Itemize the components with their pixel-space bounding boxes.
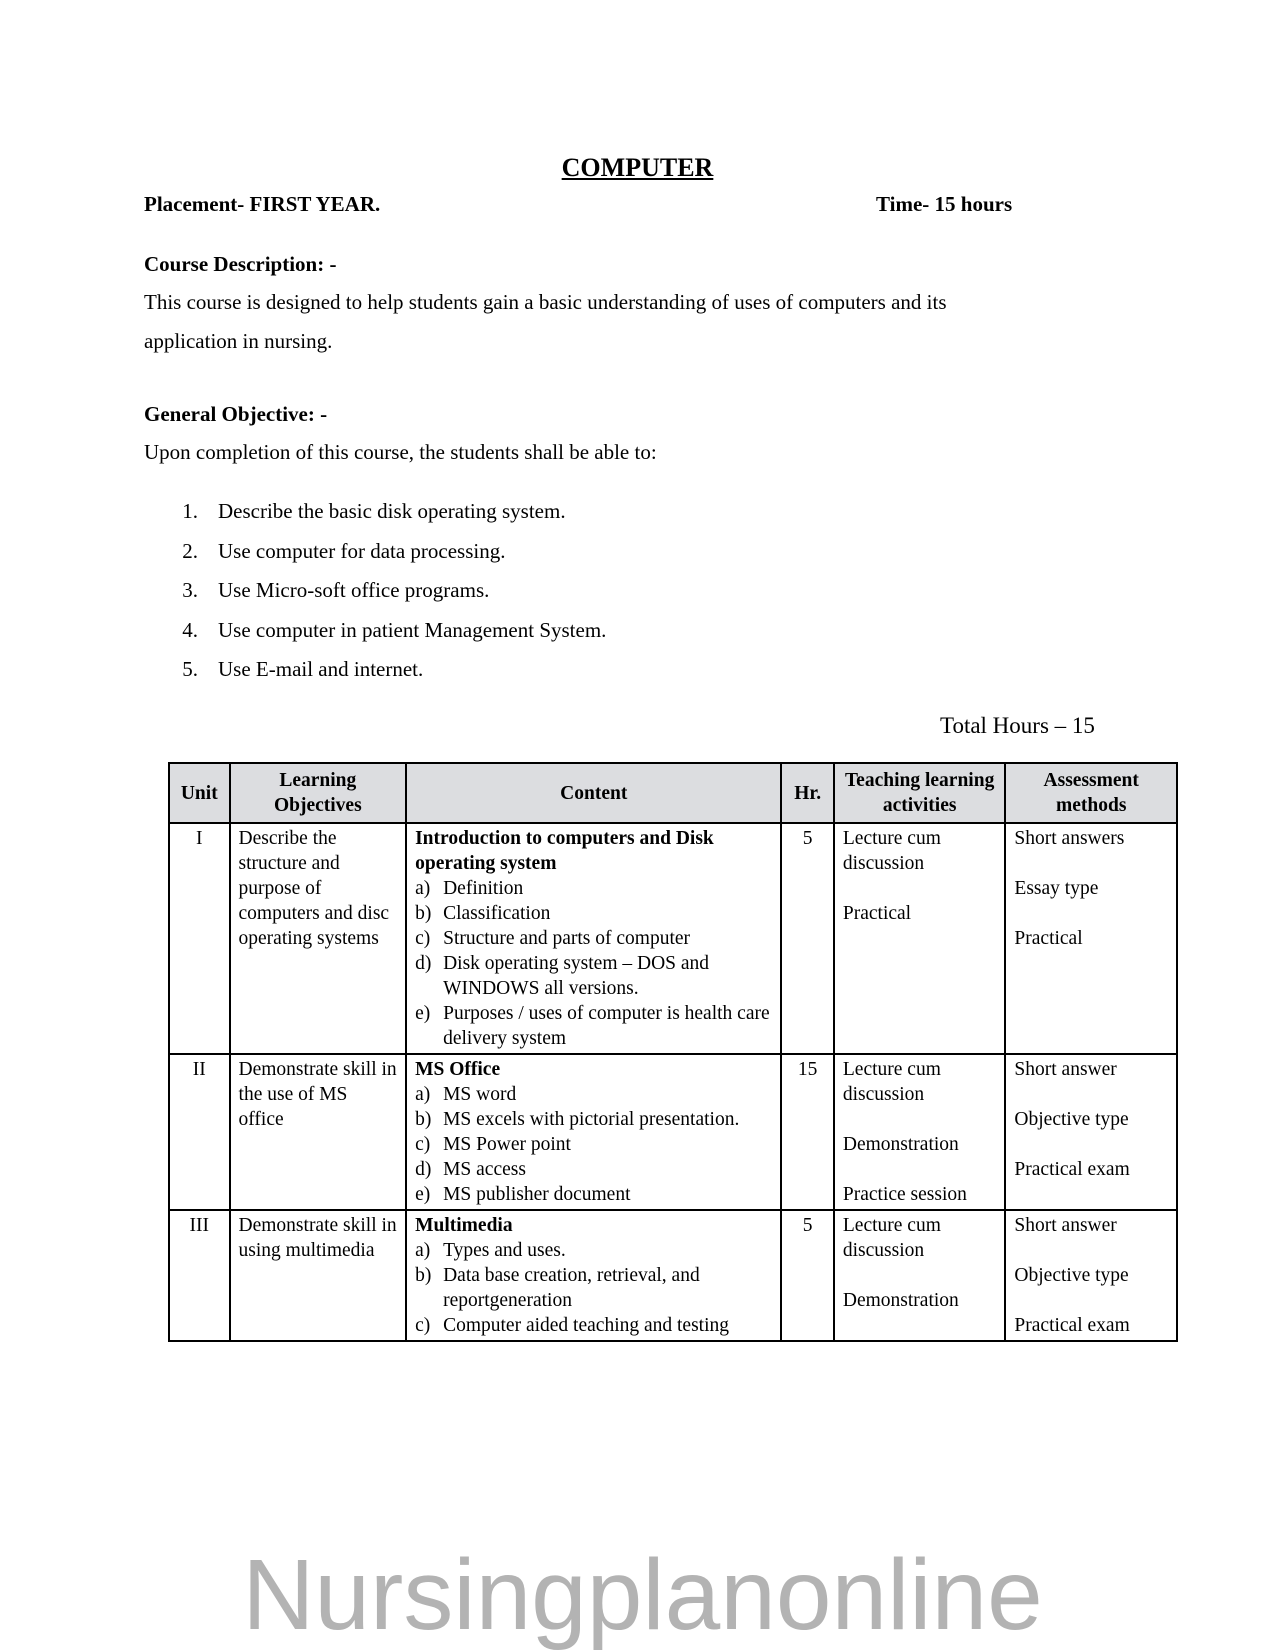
content-title: MS Office — [415, 1057, 772, 1082]
content-item: b)Data base creation, retrieval, and rep… — [415, 1263, 772, 1313]
content-item-label: a) — [415, 1238, 443, 1263]
content-item: b)Classification — [415, 901, 772, 926]
activity: Lecture cum discussion — [843, 1213, 997, 1263]
content-item-label: c) — [415, 1313, 443, 1338]
content-item-label: b) — [415, 1107, 443, 1132]
content-item: a)Types and uses. — [415, 1238, 772, 1263]
course-description-heading: Course Description: - — [144, 252, 336, 277]
cell-activities: Lecture cum discussionDemonstration — [834, 1210, 1006, 1341]
activity: Practice session — [843, 1182, 997, 1207]
activity: Lecture cum discussion — [843, 826, 997, 876]
cell-unit: III — [169, 1210, 230, 1341]
content-item-text: Classification — [443, 901, 550, 926]
course-description-text: This course is designed to help students… — [144, 283, 1024, 361]
cell-assessment: Short answersEssay typePractical — [1005, 823, 1177, 1054]
objective-number: 1. — [144, 499, 218, 539]
content-item-text: Data base creation, retrieval, and repor… — [443, 1263, 772, 1313]
table-header-row: Unit Learning Objectives Content Hr. Tea… — [169, 763, 1177, 823]
cell-objectives: Demonstrate skill in the use of MS offic… — [230, 1054, 407, 1210]
content-item: e)Purposes / uses of computer is health … — [415, 1001, 772, 1051]
content-item: c)MS Power point — [415, 1132, 772, 1157]
objective-text: Describe the basic disk operating system… — [218, 499, 566, 539]
content-title: Introduction to computers and Disk opera… — [415, 826, 772, 876]
cell-objectives: Describe the structure and purpose of co… — [230, 823, 407, 1054]
content-item-label: c) — [415, 926, 443, 951]
content-item-text: MS publisher document — [443, 1182, 630, 1207]
assessment-method: Short answer — [1014, 1213, 1168, 1238]
content-item-label: d) — [415, 951, 443, 1001]
objective-list: 1.Describe the basic disk operating syst… — [144, 499, 606, 697]
objective-number: 4. — [144, 618, 218, 658]
cell-hours: 15 — [781, 1054, 833, 1210]
cell-content: Multimediaa)Types and uses.b)Data base c… — [406, 1210, 781, 1341]
content-item-text: Computer aided teaching and testing — [443, 1313, 729, 1338]
content-title: Multimedia — [415, 1213, 772, 1238]
assessment-method: Objective type — [1014, 1263, 1168, 1288]
cell-activities: Lecture cum discussionDemonstrationPract… — [834, 1054, 1006, 1210]
objective-text: Use computer for data processing. — [218, 539, 506, 579]
objective-text: Use computer in patient Management Syste… — [218, 618, 606, 658]
general-objective-intro: Upon completion of this course, the stud… — [144, 433, 1024, 472]
cell-unit: I — [169, 823, 230, 1054]
objective-text: Use E-mail and internet. — [218, 657, 423, 697]
header-assessment-methods: Assessment methods — [1005, 763, 1177, 823]
content-item: d)MS access — [415, 1157, 772, 1182]
table-row: IIIDemonstrate skill in using multimedia… — [169, 1210, 1177, 1341]
page-title: COMPUTER — [0, 153, 1275, 183]
content-item-label: a) — [415, 1082, 443, 1107]
cell-hours: 5 — [781, 1210, 833, 1341]
activity: Lecture cum discussion — [843, 1057, 997, 1107]
content-item-label: b) — [415, 901, 443, 926]
content-item-text: Definition — [443, 876, 523, 901]
objective-text: Use Micro-soft office programs. — [218, 578, 489, 618]
header-unit: Unit — [169, 763, 230, 823]
content-item-label: b) — [415, 1263, 443, 1313]
objective-item: 2.Use computer for data processing. — [144, 539, 606, 579]
content-item-text: MS Power point — [443, 1132, 571, 1157]
header-learning-objectives: Learning Objectives — [230, 763, 407, 823]
content-item-label: d) — [415, 1157, 443, 1182]
cell-content: MS Officea)MS wordb)MS excels with picto… — [406, 1054, 781, 1210]
objective-item: 3.Use Micro-soft office programs. — [144, 578, 606, 618]
watermark: Nursingplanonline — [0, 1545, 1275, 1645]
assessment-method: Essay type — [1014, 876, 1168, 901]
syllabus-table: Unit Learning Objectives Content Hr. Tea… — [168, 762, 1178, 1342]
content-item: c)Structure and parts of computer — [415, 926, 772, 951]
cell-activities: Lecture cum discussionPractical — [834, 823, 1006, 1054]
cell-assessment: Short answerObjective typePractical exam — [1005, 1054, 1177, 1210]
content-item: c)Computer aided teaching and testing — [415, 1313, 772, 1338]
content-item-label: a) — [415, 876, 443, 901]
assessment-method: Objective type — [1014, 1107, 1168, 1132]
objective-number: 5. — [144, 657, 218, 697]
assessment-method: Short answers — [1014, 826, 1168, 851]
content-item-label: c) — [415, 1132, 443, 1157]
total-hours: Total Hours – 15 — [940, 713, 1095, 739]
assessment-method: Practical — [1014, 926, 1168, 951]
content-item: b)MS excels with pictorial presentation. — [415, 1107, 772, 1132]
header-teaching-activities: Teaching learning activities — [834, 763, 1006, 823]
objective-item: 4.Use computer in patient Management Sys… — [144, 618, 606, 658]
content-item-text: Types and uses. — [443, 1238, 566, 1263]
cell-content: Introduction to computers and Disk opera… — [406, 823, 781, 1054]
table-row: IDescribe the structure and purpose of c… — [169, 823, 1177, 1054]
time-label: Time- 15 hours — [876, 192, 1012, 217]
assessment-method: Practical exam — [1014, 1313, 1168, 1338]
cell-objectives: Demonstrate skill in using multimedia — [230, 1210, 407, 1341]
content-item-text: MS word — [443, 1082, 516, 1107]
activity: Demonstration — [843, 1288, 997, 1313]
content-item: e)MS publisher document — [415, 1182, 772, 1207]
assessment-method: Short answer — [1014, 1057, 1168, 1082]
content-item: d)Disk operating system – DOS and WINDOW… — [415, 951, 772, 1001]
content-item-text: MS access — [443, 1157, 526, 1182]
table-row: IIDemonstrate skill in the use of MS off… — [169, 1054, 1177, 1210]
cell-hours: 5 — [781, 823, 833, 1054]
activity: Practical — [843, 901, 997, 926]
content-item: a)Definition — [415, 876, 772, 901]
content-item-label: e) — [415, 1182, 443, 1207]
header-hours: Hr. — [781, 763, 833, 823]
header-content: Content — [406, 763, 781, 823]
content-item-text: Purposes / uses of computer is health ca… — [443, 1001, 772, 1051]
placement-label: Placement- FIRST YEAR. — [144, 192, 380, 217]
content-item-text: Structure and parts of computer — [443, 926, 690, 951]
cell-unit: II — [169, 1054, 230, 1210]
content-item-text: MS excels with pictorial presentation. — [443, 1107, 739, 1132]
activity: Demonstration — [843, 1132, 997, 1157]
content-item: a)MS word — [415, 1082, 772, 1107]
content-item-text: Disk operating system – DOS and WINDOWS … — [443, 951, 772, 1001]
objective-number: 2. — [144, 539, 218, 579]
objective-number: 3. — [144, 578, 218, 618]
objective-item: 5.Use E-mail and internet. — [144, 657, 606, 697]
objective-item: 1.Describe the basic disk operating syst… — [144, 499, 606, 539]
cell-assessment: Short answerObjective typePractical exam — [1005, 1210, 1177, 1341]
assessment-method: Practical exam — [1014, 1157, 1168, 1182]
content-item-label: e) — [415, 1001, 443, 1051]
general-objective-heading: General Objective: - — [144, 402, 327, 427]
